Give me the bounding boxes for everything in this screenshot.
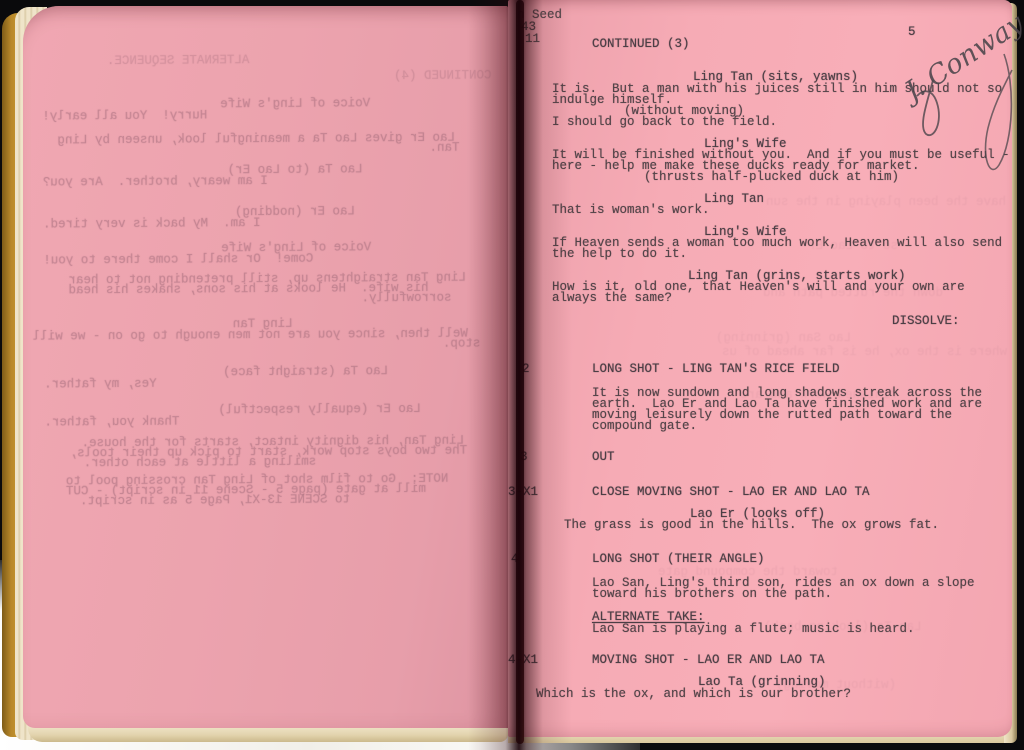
left-page: ALTERNATE SEQUENCE.CONTINUED (4)Voice of… (23, 6, 508, 728)
bleed-through-line: Come! Or shall I come there to you! (43, 253, 313, 267)
script-line: I should go back to the field. (552, 116, 777, 128)
bleed-through-line: Yes, my father. (44, 378, 157, 391)
continued-header: CONTINUED (3) (592, 38, 690, 50)
script-line: That is woman's work. (552, 204, 710, 216)
script-line: The grass is good in the hills. The ox g… (564, 519, 939, 531)
bleed-through-line: Hurry! You all early! (42, 109, 207, 122)
bleed-through-line: Well then, since you are not men enough … (33, 328, 468, 343)
book-photo: ALTERNATE SEQUENCE.CONTINUED (4)Voice of… (0, 0, 1024, 750)
right-page: have the been playing in the sunso to La… (508, 0, 1012, 737)
script-line: LONG SHOT - LING TAN'S RICE FIELD (592, 363, 840, 375)
bleed-through-line: Lao Er gives Lao Ta a meaningful look, u… (57, 132, 455, 147)
script-line: DISSOLVE: (892, 315, 960, 327)
bleed-through-line: ALTERNATE SEQUENCE. (107, 54, 250, 67)
bleed-through-line: Lao Ta (straight face) (223, 365, 388, 378)
page-number: 5 (908, 26, 916, 38)
scene-number: 4 (511, 553, 519, 565)
bleed-through-line: stop. (443, 337, 481, 349)
bleed-through-line: I am. My back is very tired. (43, 217, 261, 231)
script-line: always the same? (552, 292, 672, 304)
script-line: (thrusts half-plucked duck at him) (644, 171, 899, 183)
bleed-through-line: sorrowfully. (361, 292, 451, 305)
bleed-through-line: Tan. (429, 142, 459, 154)
bleed-through-line: to SCENE 13-X1, Page 5 as in script. (80, 493, 350, 507)
script-line: Which is the ox, and which is our brothe… (536, 688, 851, 700)
script-line: Lao San is playing a flute; music is hea… (592, 623, 915, 635)
script-line: LONG SHOT (THEIR ANGLE) (592, 553, 765, 565)
scene-number: 2 (522, 363, 530, 375)
script-line: Ling Tan (704, 193, 764, 205)
left-page-bleed-through-layer: ALTERNATE SEQUENCE.CONTINUED (4)Voice of… (23, 6, 508, 728)
script-line: MOVING SHOT - LAO ER AND LAO TA (592, 654, 825, 666)
bleed-through-line: smiling a little at each other. (84, 456, 317, 470)
script-line: CLOSE MOVING SHOT - LAO ER AND LAO TA (592, 486, 870, 498)
bleed-through-line: Thank you, father. (44, 416, 179, 429)
script-line: toward his brothers on the path. (592, 588, 832, 600)
script-line: OUT (592, 451, 615, 463)
bleed-through-line: Lao Er (equally respectful) (218, 403, 421, 416)
script-line: compound gate. (592, 420, 697, 432)
bleed-through-line: Voice of Ling's Wife (220, 97, 370, 110)
scene-number: 3-X1 (508, 486, 538, 498)
scene-number: 4-X1 (508, 654, 538, 666)
bleed-through-line: I am weary, brother. Are you? (43, 175, 268, 189)
scene-number: 3 (520, 451, 528, 463)
bleed-through-line: CONTINUED (4) (394, 69, 492, 82)
right-page-text-layer: n Seed4311CONTINUED (3)5Ling Tan (sits, … (508, 0, 1012, 737)
spine-number-fragment: 11 (525, 33, 540, 45)
script-line: the help to do it. (552, 248, 687, 260)
